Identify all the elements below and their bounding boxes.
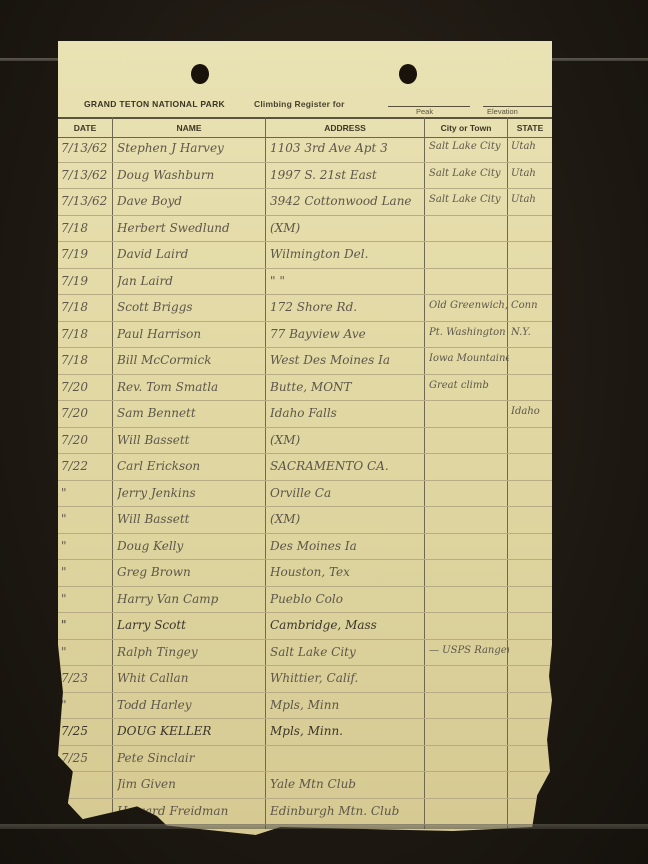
entry-name: David Laird [117, 247, 263, 261]
entry-name: Whit Callan [117, 671, 263, 685]
entry-name: Rev. Tom Smatla [117, 380, 263, 394]
entry-state: Idaho [511, 406, 551, 417]
entry-name: Carl Erickson [117, 459, 263, 473]
entry-name: Will Bassett [117, 433, 263, 447]
entry-address: (XM) [270, 512, 425, 526]
table-row: " Doug Kelly Des Moines Ia [58, 534, 552, 561]
column-header-address: ADDRESS [266, 123, 424, 133]
entry-date: " [61, 486, 111, 500]
entry-name: Jim Given [117, 777, 263, 791]
entry-name: Doug Washburn [117, 168, 263, 182]
entry-address: 3942 Cottonwood Lane [270, 194, 425, 208]
entry-city: Salt Lake City [429, 194, 509, 205]
binder-rail-bottom [0, 824, 648, 829]
entry-date: 7/20 [61, 380, 111, 394]
entry-address: Wilmington Del. [270, 247, 425, 261]
table-row: " Larry Scott Cambridge, Mass [58, 613, 552, 640]
entry-address: Pueblo Colo [270, 592, 425, 606]
entry-date: " [61, 539, 111, 553]
entry-name: Dave Boyd [117, 194, 263, 208]
entry-date: 7/20 [61, 433, 111, 447]
entry-date: " [61, 565, 111, 579]
entry-state: Utah [511, 141, 551, 152]
entry-address: Yale Mtn Club [270, 777, 425, 791]
entry-address: 1103 3rd Ave Apt 3 [270, 141, 425, 155]
entry-date: 7/18 [61, 327, 111, 341]
entry-address: Mpls, Minn. [270, 724, 425, 738]
entry-city: Great climb [429, 380, 509, 391]
entry-address: 1997 S. 21st East [270, 168, 425, 182]
entry-date: 7/22 [61, 459, 111, 473]
table-row: " Todd Harley Mpls, Minn [58, 693, 552, 720]
entry-city: Old Greenwich, [429, 300, 509, 311]
table-row: " Jerry Jenkins Orville Ca [58, 481, 552, 508]
entry-address: SACRAMENTO CA. [270, 459, 425, 473]
entry-date: 7/19 [61, 247, 111, 261]
table-row: 7/13/62 Stephen J Harvey 1103 3rd Ave Ap… [58, 136, 552, 163]
entry-name: Paul Harrison [117, 327, 263, 341]
entry-name: Stephen J Harvey [117, 141, 263, 155]
entry-name: Pete Sinclair [117, 751, 263, 765]
entry-address: Salt Lake City [270, 645, 425, 659]
entry-address: Des Moines Ia [270, 539, 425, 553]
table-row: 7/20 Rev. Tom Smatla Butte, MONT Great c… [58, 375, 552, 402]
entry-name: Greg Brown [117, 565, 263, 579]
entry-state: Utah [511, 168, 551, 179]
entry-city: Iowa Mountaineers [429, 353, 509, 364]
entry-city: Pt. Washington [429, 327, 509, 338]
table-row: 7/25 Pete Sinclair [58, 746, 552, 773]
table-row: 7/20 Will Bassett (XM) [58, 428, 552, 455]
entry-state: Conn [511, 300, 551, 311]
punch-hole-left [191, 64, 209, 84]
entry-date: 7/25 [61, 751, 111, 765]
column-header-state: STATE [508, 123, 552, 133]
entry-name: DOUG KELLER [117, 724, 263, 738]
table-row: 7/13/62 Doug Washburn 1997 S. 21st East … [58, 163, 552, 190]
entry-city: Salt Lake City [429, 168, 509, 179]
entry-date: 7/20 [61, 406, 111, 420]
entry-date: 7/19 [61, 274, 111, 288]
entry-name: Sam Bennett [117, 406, 263, 420]
climbing-register-sheet: GRAND TETON NATIONAL PARK Climbing Regis… [58, 41, 552, 835]
park-title: GRAND TETON NATIONAL PARK [84, 99, 225, 109]
entry-date: 7/25 [61, 724, 111, 738]
entry-date: 7/13/62 [61, 141, 111, 155]
entry-date: 7/18 [61, 353, 111, 367]
entry-address: Houston, Tex [270, 565, 425, 579]
table-row: 7/18 Paul Harrison 77 Bayview Ave Pt. Wa… [58, 322, 552, 349]
table-row: 7/18 Herbert Swedlund (XM) [58, 216, 552, 243]
entry-date: 7/18 [61, 221, 111, 235]
entry-city: — USPS Ranger [429, 645, 509, 656]
peak-label: Peak [416, 107, 433, 116]
entry-address: West Des Moines Ia [270, 353, 425, 367]
entry-date: " [61, 512, 111, 526]
entry-address: Edinburgh Mtn. Club [270, 804, 425, 818]
entry-date: " [61, 698, 111, 712]
table-row: 7/20 Sam Bennett Idaho Falls Idaho [58, 401, 552, 428]
column-header-date: DATE [60, 123, 110, 133]
entry-address: (XM) [270, 433, 425, 447]
entry-city: Salt Lake City [429, 141, 509, 152]
entry-address: Butte, MONT [270, 380, 425, 394]
entry-state: Utah [511, 194, 551, 205]
entry-address: (XM) [270, 221, 425, 235]
entry-name: Jan Laird [117, 274, 263, 288]
entry-name: Doug Kelly [117, 539, 263, 553]
column-header-name: NAME [113, 123, 265, 133]
entry-date: " [61, 645, 111, 659]
entry-name: Herbert Swedlund [117, 221, 263, 235]
entry-name: Ralph Tingey [117, 645, 263, 659]
entry-address: Idaho Falls [270, 406, 425, 420]
entry-address: Orville Ca [270, 486, 425, 500]
entry-address: 77 Bayview Ave [270, 327, 425, 341]
entry-name: Will Bassett [117, 512, 263, 526]
elevation-label: Elevation [487, 107, 518, 116]
table-header: DATE NAME ADDRESS City or Town STATE [58, 117, 552, 138]
table-row: " Ralph Tingey Salt Lake City — USPS Ran… [58, 640, 552, 667]
entry-address: " " [270, 274, 425, 288]
table-row: " Will Bassett (XM) [58, 507, 552, 534]
entry-date: " [61, 618, 111, 632]
entry-name: Scott Briggs [117, 300, 263, 314]
entry-address: Cambridge, Mass [270, 618, 425, 632]
entry-state: N.Y. [511, 327, 551, 338]
table-row: " Greg Brown Houston, Tex [58, 560, 552, 587]
punch-hole-right [399, 64, 417, 84]
register-entries: 7/13/62 Stephen J Harvey 1103 3rd Ave Ap… [58, 136, 552, 852]
entry-date: 7/13/62 [61, 168, 111, 182]
entry-date: 7/18 [61, 300, 111, 314]
table-row: " Jim Given Yale Mtn Club [58, 772, 552, 799]
table-row: 7/18 Bill McCormick West Des Moines Ia I… [58, 348, 552, 375]
entry-name: Bill McCormick [117, 353, 263, 367]
table-row: 7/25 DOUG KELLER Mpls, Minn. [58, 719, 552, 746]
table-row: 7/19 Jan Laird " " [58, 269, 552, 296]
register-for-label: Climbing Register for [254, 99, 345, 109]
table-row: 7/22 Carl Erickson SACRAMENTO CA. [58, 454, 552, 481]
table-row: 7/19 David Laird Wilmington Del. [58, 242, 552, 269]
entry-date: 7/13/62 [61, 194, 111, 208]
table-row: " Harry Van Camp Pueblo Colo [58, 587, 552, 614]
entry-date: " [61, 592, 111, 606]
entry-name: Todd Harley [117, 698, 263, 712]
table-row: 7/18 Scott Briggs 172 Shore Rd. Old Gree… [58, 295, 552, 322]
column-header-city: City or Town [425, 123, 507, 133]
entry-address: 172 Shore Rd. [270, 300, 425, 314]
entry-address: Mpls, Minn [270, 698, 425, 712]
table-row: 7/13/62 Dave Boyd 3942 Cottonwood Lane S… [58, 189, 552, 216]
table-row: 7/23 Whit Callan Whittier, Calif. [58, 666, 552, 693]
entry-name: Larry Scott [117, 618, 263, 632]
entry-date: 7/23 [61, 671, 111, 685]
entry-address: Whittier, Calif. [270, 671, 425, 685]
entry-name: Harry Van Camp [117, 592, 263, 606]
entry-name: Jerry Jenkins [117, 486, 263, 500]
